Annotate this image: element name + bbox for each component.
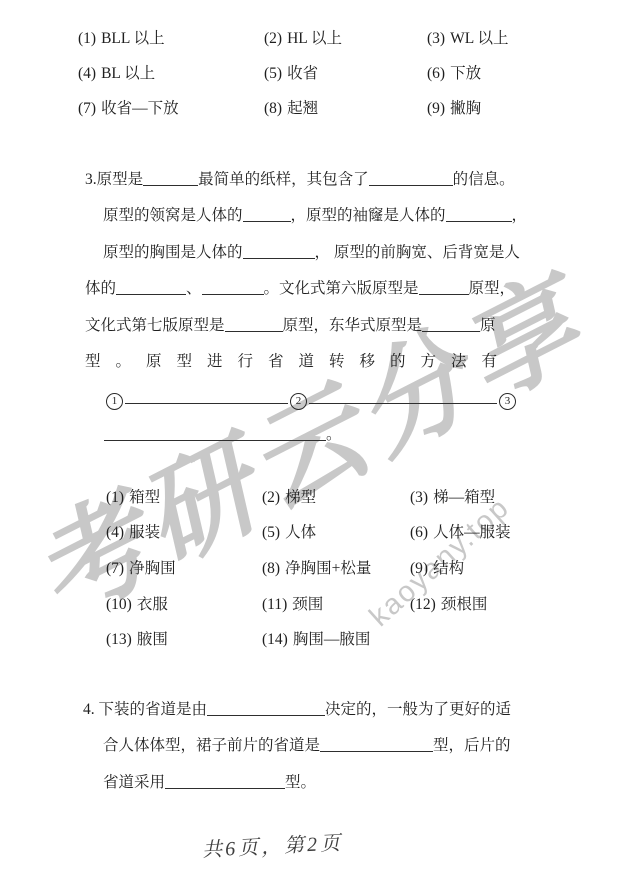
- question-line: 原型的领窝是人体的，原型的袖窿是人体的，: [0, 198, 620, 234]
- question-line: 4. 下装的省道是由决定的，一般为了更好的适: [0, 692, 620, 728]
- option-label: 人体—服装: [433, 524, 511, 541]
- option-number: (6): [427, 65, 445, 82]
- text-segment: 体的: [85, 280, 116, 297]
- option-number: (5): [262, 524, 280, 541]
- text-segment: 型。: [285, 774, 316, 791]
- fill-in-blank: [207, 715, 325, 716]
- text-segment: 3.原型是: [85, 171, 143, 188]
- option-number: (6): [410, 524, 428, 541]
- question-line: 合人体体型，裙子前片的省道是型，后片的: [0, 728, 620, 764]
- option-number: (7): [106, 560, 124, 577]
- option-number: (7): [78, 100, 96, 117]
- text-segment: 型。原型进行省道转移的方法有: [85, 353, 512, 370]
- option-item: (11)颈围: [262, 592, 323, 614]
- circled-number: 3: [499, 393, 516, 410]
- text-segment: 原型的胸围是人体的: [103, 244, 243, 261]
- option-item: (9)结构: [410, 556, 464, 578]
- option-item: (10)衣服: [106, 592, 168, 614]
- fill-in-blank: [369, 185, 453, 186]
- option-row: (1)箱型(2)梯型(3)梯—箱型: [0, 478, 620, 514]
- text-segment: 省道采用: [103, 774, 165, 791]
- option-item: (13)腋围: [106, 627, 168, 649]
- option-label: BL 以上: [101, 65, 155, 82]
- fill-in-blank: [320, 751, 433, 752]
- option-item: (2)HL 以上: [264, 26, 342, 48]
- option-number: (9): [427, 100, 445, 117]
- option-item: (1)BLL 以上: [78, 26, 165, 48]
- option-number: (5): [264, 65, 282, 82]
- option-item: (2)梯型: [262, 485, 316, 507]
- option-item: (3)梯—箱型: [410, 485, 495, 507]
- text-segment: 合人体体型，裙子前片的省道是: [103, 737, 320, 754]
- option-row: (1)BLL 以上(2)HL 以上(3)WL 以上: [0, 20, 620, 55]
- option-label: 净胸围+松量: [285, 560, 371, 577]
- text-segment: ， 原型的前胸宽、后背宽是人: [315, 244, 520, 261]
- option-label: 颈根围: [441, 596, 488, 613]
- fill-in-blank: [243, 221, 291, 222]
- fill-in-blank: [225, 331, 283, 332]
- option-label: 梯型: [285, 489, 316, 506]
- answer-options-question3: (1)箱型(2)梯型(3)梯—箱型(4)服装(5)人体(6)人体—服装(7)净胸…: [0, 478, 620, 656]
- question-line: 原型的胸围是人体的， 原型的前胸宽、后背宽是人: [0, 235, 620, 271]
- option-item: (7)净胸围: [106, 556, 176, 578]
- option-item: (4)服装: [106, 520, 160, 542]
- text-segment: 原: [480, 317, 496, 334]
- circled-number: 1: [106, 393, 123, 410]
- text-segment: 。文化式第六版原型是: [264, 280, 419, 297]
- text-segment: 决定的，一般为了更好的适: [325, 701, 511, 718]
- option-number: (11): [262, 596, 287, 613]
- text-segment: 。: [326, 426, 342, 443]
- text-segment: 原型的领窝是人体的: [103, 207, 243, 224]
- fill-in-blank: [125, 403, 288, 404]
- option-item: (5)人体: [262, 520, 316, 542]
- option-row: (13)腋围(14)胸围—腋围: [0, 620, 620, 656]
- option-item: (8)净胸围+松量: [262, 556, 371, 578]
- option-label: 腋围: [137, 631, 168, 648]
- option-label: HL 以上: [287, 30, 342, 47]
- question-line: 3.原型是最简单的纸样，其包含了的信息。: [0, 162, 620, 198]
- option-label: 梯—箱型: [433, 489, 495, 506]
- option-item: (1)箱型: [106, 485, 160, 507]
- text-segment: 型，后片的: [433, 737, 511, 754]
- option-item: (4)BL 以上: [78, 61, 155, 83]
- option-number: (4): [106, 524, 124, 541]
- circled-number: 2: [290, 393, 307, 410]
- question-line: 型。原型进行省道转移的方法有: [0, 344, 620, 380]
- text-segment: 、: [186, 280, 202, 297]
- option-number: (4): [78, 65, 96, 82]
- option-item: (8)起翘: [264, 96, 318, 118]
- text-segment: 原型，东华式原型是: [283, 317, 423, 334]
- fill-in-blank: [165, 788, 285, 789]
- question-line: 。: [0, 417, 620, 453]
- handwritten-page-note: 共6页，第2页: [201, 826, 343, 862]
- option-number: (8): [264, 100, 282, 117]
- option-item: (6)下放: [427, 61, 481, 83]
- fill-in-blank: [116, 294, 186, 295]
- option-label: 撇胸: [450, 100, 481, 117]
- option-row: (7)收省—下放(8)起翘(9)撇胸: [0, 90, 620, 125]
- option-label: 衣服: [137, 596, 168, 613]
- option-number: (2): [264, 30, 282, 47]
- option-row: (7)净胸围(8)净胸围+松量(9)结构: [0, 549, 620, 585]
- text-segment: ，: [512, 207, 528, 224]
- question-3: 3.原型是最简单的纸样，其包含了的信息。原型的领窝是人体的，原型的袖窿是人体的，…: [0, 162, 620, 453]
- option-label: 收省—下放: [101, 100, 179, 117]
- question-line: 省道采用型。: [0, 765, 620, 801]
- option-label: 收省: [287, 65, 318, 82]
- option-row: (4)BL 以上(5)收省(6)下放: [0, 55, 620, 90]
- option-label: 胸围—腋围: [293, 631, 371, 648]
- option-label: 起翘: [287, 100, 318, 117]
- text-segment: 的信息。: [453, 171, 515, 188]
- option-item: (9)撇胸: [427, 96, 481, 118]
- option-label: 颈围: [292, 596, 323, 613]
- question-line: 体的、。文化式第六版原型是原型，: [0, 271, 620, 307]
- option-item: (3)WL 以上: [427, 26, 508, 48]
- fill-in-blank: [422, 331, 480, 332]
- option-number: (9): [410, 560, 428, 577]
- option-number: (1): [78, 30, 96, 47]
- text-segment: 4. 下装的省道是由: [83, 701, 207, 718]
- question-line: 文化式第七版原型是原型，东华式原型是原: [0, 308, 620, 344]
- answer-options-top: (1)BLL 以上(2)HL 以上(3)WL 以上(4)BL 以上(5)收省(6…: [0, 20, 620, 124]
- text-segment: 文化式第七版原型是: [85, 317, 225, 334]
- option-number: (1): [106, 489, 124, 506]
- option-item: (12)颈根围: [410, 592, 487, 614]
- option-number: (2): [262, 489, 280, 506]
- fill-in-blank: [309, 403, 497, 404]
- option-item: (5)收省: [264, 61, 318, 83]
- fill-in-blank: [202, 294, 264, 295]
- option-label: 服装: [129, 524, 160, 541]
- fill-in-blank: [419, 294, 469, 295]
- option-label: 箱型: [129, 489, 160, 506]
- question-line: 123: [0, 380, 620, 416]
- option-item: (6)人体—服装: [410, 520, 511, 542]
- option-label: 结构: [433, 560, 464, 577]
- option-label: WL 以上: [450, 30, 508, 47]
- option-label: 人体: [285, 524, 316, 541]
- fill-in-blank: [104, 440, 326, 441]
- fill-in-blank: [243, 258, 315, 259]
- option-row: (4)服装(5)人体(6)人体—服装: [0, 514, 620, 550]
- option-number: (8): [262, 560, 280, 577]
- option-number: (3): [427, 30, 445, 47]
- scanned-exam-page: 考研云分享 kaoyany.top (1)BLL 以上(2)HL 以上(3)WL…: [0, 0, 620, 888]
- text-segment: ，原型的袖窿是人体的: [291, 207, 446, 224]
- fill-in-blank: [446, 221, 512, 222]
- option-number: (13): [106, 631, 132, 648]
- fill-in-blank: [143, 185, 198, 186]
- option-number: (14): [262, 631, 288, 648]
- option-item: (7)收省—下放: [78, 96, 179, 118]
- option-label: 净胸围: [129, 560, 176, 577]
- question-4: 4. 下装的省道是由决定的，一般为了更好的适合人体体型，裙子前片的省道是型，后片…: [0, 692, 620, 801]
- printed-content-layer: (1)BLL 以上(2)HL 以上(3)WL 以上(4)BL 以上(5)收省(6…: [0, 0, 620, 888]
- option-row: (10)衣服(11)颈围(12)颈根围: [0, 585, 620, 621]
- option-item: (14)胸围—腋围: [262, 627, 370, 649]
- option-label: BLL 以上: [101, 30, 165, 47]
- option-number: (3): [410, 489, 428, 506]
- option-label: 下放: [450, 65, 481, 82]
- text-segment: 原型，: [469, 280, 516, 297]
- text-segment: 最简单的纸样，其包含了: [198, 171, 369, 188]
- option-number: (10): [106, 596, 132, 613]
- option-number: (12): [410, 596, 436, 613]
